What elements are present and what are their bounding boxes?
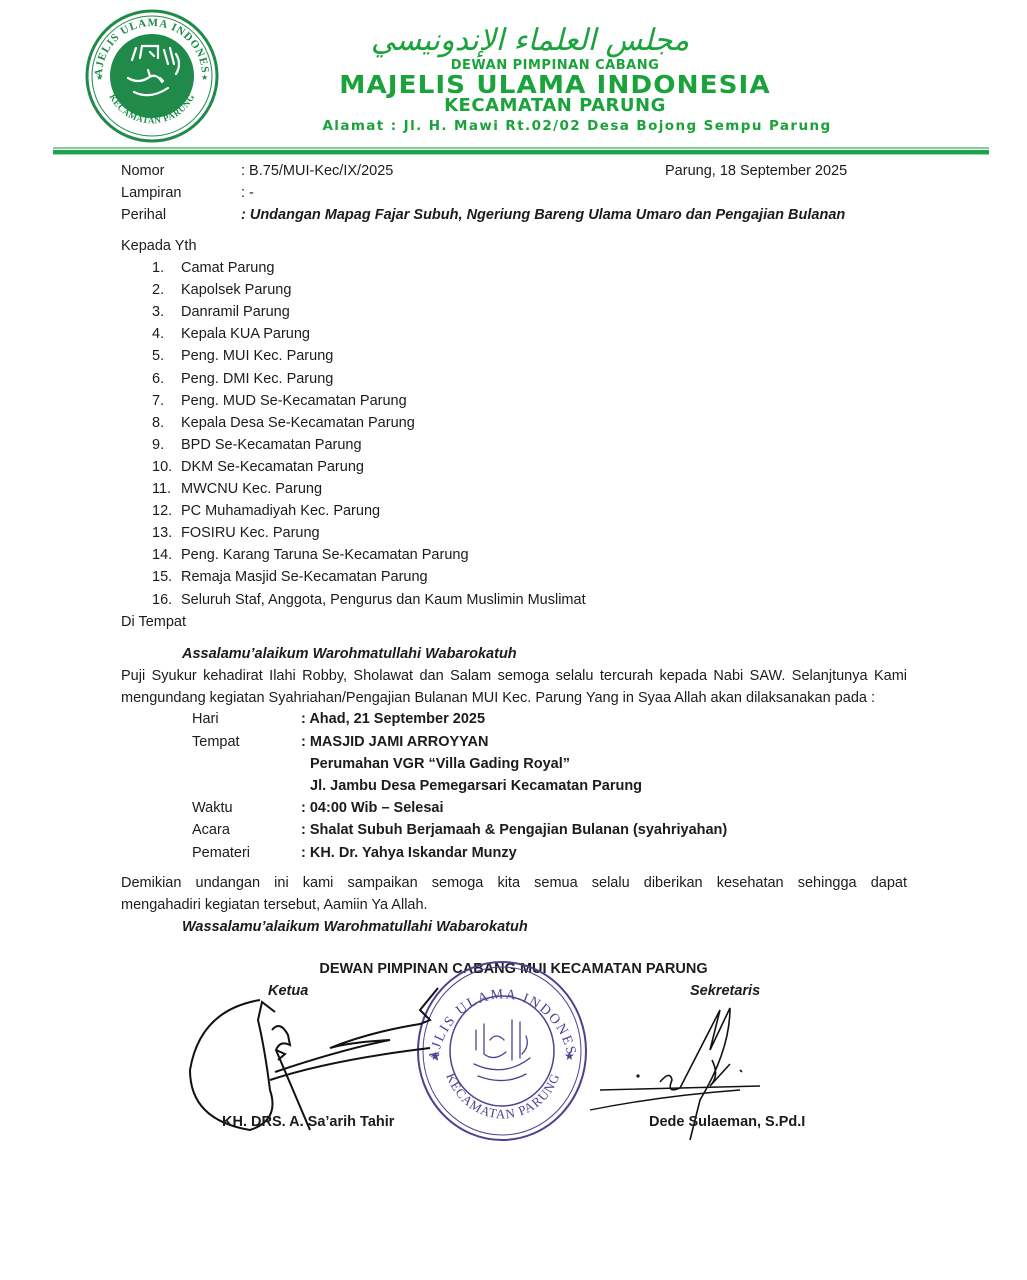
recipient-item: PC Muhamadiyah Kec. Parung [181, 500, 380, 522]
closing-greeting: Wassalamu’alaikum Warohmatullahi Wabarok… [182, 916, 528, 938]
recipient-number: 7. [152, 390, 176, 412]
recipient-number: 6. [152, 368, 176, 390]
recipient-item: Peng. MUI Kec. Parung [181, 345, 333, 367]
acara-label: Acara [192, 819, 230, 841]
letterhead-district: KECAMATAN PARUNG [290, 95, 820, 116]
tempat-label: Tempat [192, 731, 240, 753]
tempat-value: : MASJID JAMI ARROYYAN [301, 731, 488, 753]
recipient-number: 14. [152, 544, 176, 566]
waktu-label: Waktu [192, 797, 233, 819]
opening-greeting: Assalamu’alaikum Warohmatullahi Wabaroka… [182, 643, 517, 665]
svg-text:مجلس العلماء الإندونيسي: مجلس العلماء الإندونيسي [371, 23, 689, 58]
nomor-label: Nomor [121, 160, 165, 182]
place-date: Parung, 18 September 2025 [665, 160, 847, 182]
recipient-item: Camat Parung [181, 257, 275, 279]
recipient-number: 4. [152, 323, 176, 345]
header-rule-thin [53, 147, 989, 149]
recipients-intro: Kepada Yth [121, 235, 197, 257]
paragraph2-line1: Demikian undangan ini kami sampaikan sem… [121, 872, 907, 894]
recipient-number: 12. [152, 500, 176, 522]
hari-label: Hari [192, 708, 219, 730]
paragraph1-line2: mengundang kegiatan Syahriahan/Pengajian… [121, 687, 875, 709]
recipient-item: Remaja Masjid Se-Kecamatan Parung [181, 566, 428, 588]
recipient-number: 15. [152, 566, 176, 588]
recipient-number: 13. [152, 522, 176, 544]
perihal-value: : Undangan Mapag Fajar Subuh, Ngeriung B… [241, 204, 845, 226]
letterhead-address: Alamat : Jl. H. Mawi Rt.02/02 Desa Bojon… [247, 118, 907, 134]
recipient-item: Kepala KUA Parung [181, 323, 310, 345]
recipient-item: FOSIRU Kec. Parung [181, 522, 320, 544]
recipient-number: 2. [152, 279, 176, 301]
left-name: KH. DRS. A. Sa’arih Tahir [222, 1111, 394, 1133]
pemateri-label: Pemateri [192, 842, 250, 864]
acara-value: : Shalat Subuh Berjamaah & Pengajian Bul… [301, 819, 727, 841]
svg-text:★: ★ [564, 1049, 575, 1063]
lampiran-value: : - [241, 182, 254, 204]
nomor-value: : B.75/MUI-Kec/IX/2025 [241, 160, 393, 182]
paragraph2-line2: mengahadiri kegiatan tersebut, Aamiin Ya… [121, 894, 428, 916]
svg-text:★: ★ [96, 73, 103, 82]
recipients-closing: Di Tempat [121, 611, 186, 633]
recipient-item: Kapolsek Parung [181, 279, 291, 301]
recipient-number: 9. [152, 434, 176, 456]
waktu-value: : 04:00 Wib – Selesai [301, 797, 444, 819]
recipient-item: DKM Se-Kecamatan Parung [181, 456, 364, 478]
recipient-item: MWCNU Kec. Parung [181, 478, 322, 500]
tempat-line3: Jl. Jambu Desa Pemegarsari Kecamatan Par… [310, 775, 642, 797]
svg-text:★: ★ [201, 73, 208, 82]
paragraph1-line1: Puji Syukur kehadirat Ilahi Robby, Shola… [121, 665, 907, 687]
recipient-item: Peng. DMI Kec. Parung [181, 368, 333, 390]
recipient-item: Peng. Karang Taruna Se-Kecamatan Parung [181, 544, 469, 566]
perihal-label: Perihal [121, 204, 166, 226]
mui-emblem-icon: MAJELIS ULAMA INDONESIA KECAMATAN PARUNG… [84, 8, 220, 144]
right-name: Dede Sulaeman, S.Pd.I [649, 1111, 805, 1133]
recipient-item: Danramil Parung [181, 301, 290, 323]
pemateri-value: : KH. Dr. Yahya Iskandar Munzy [301, 842, 517, 864]
tempat-line2: Perumahan VGR “Villa Gading Royal” [310, 753, 570, 775]
recipient-item: Seluruh Staf, Anggota, Pengurus dan Kaum… [181, 589, 586, 611]
lampiran-label: Lampiran [121, 182, 181, 204]
recipient-item: Peng. MUD Se-Kecamatan Parung [181, 390, 407, 412]
recipient-number: 11. [152, 478, 176, 500]
recipient-number: 3. [152, 301, 176, 323]
header-rule-light [53, 154, 989, 155]
recipient-item: BPD Se-Kecamatan Parung [181, 434, 362, 456]
recipient-item: Kepala Desa Se-Kecamatan Parung [181, 412, 415, 434]
recipient-number: 5. [152, 345, 176, 367]
recipient-number: 1. [152, 257, 176, 279]
recipient-number: 8. [152, 412, 176, 434]
recipient-number: 16. [152, 589, 176, 611]
arabic-calligraphy-title: مجلس العلماء الإندونيسي [340, 16, 720, 60]
recipient-number: 10. [152, 456, 176, 478]
hari-value: : Ahad, 21 September 2025 [301, 708, 485, 730]
